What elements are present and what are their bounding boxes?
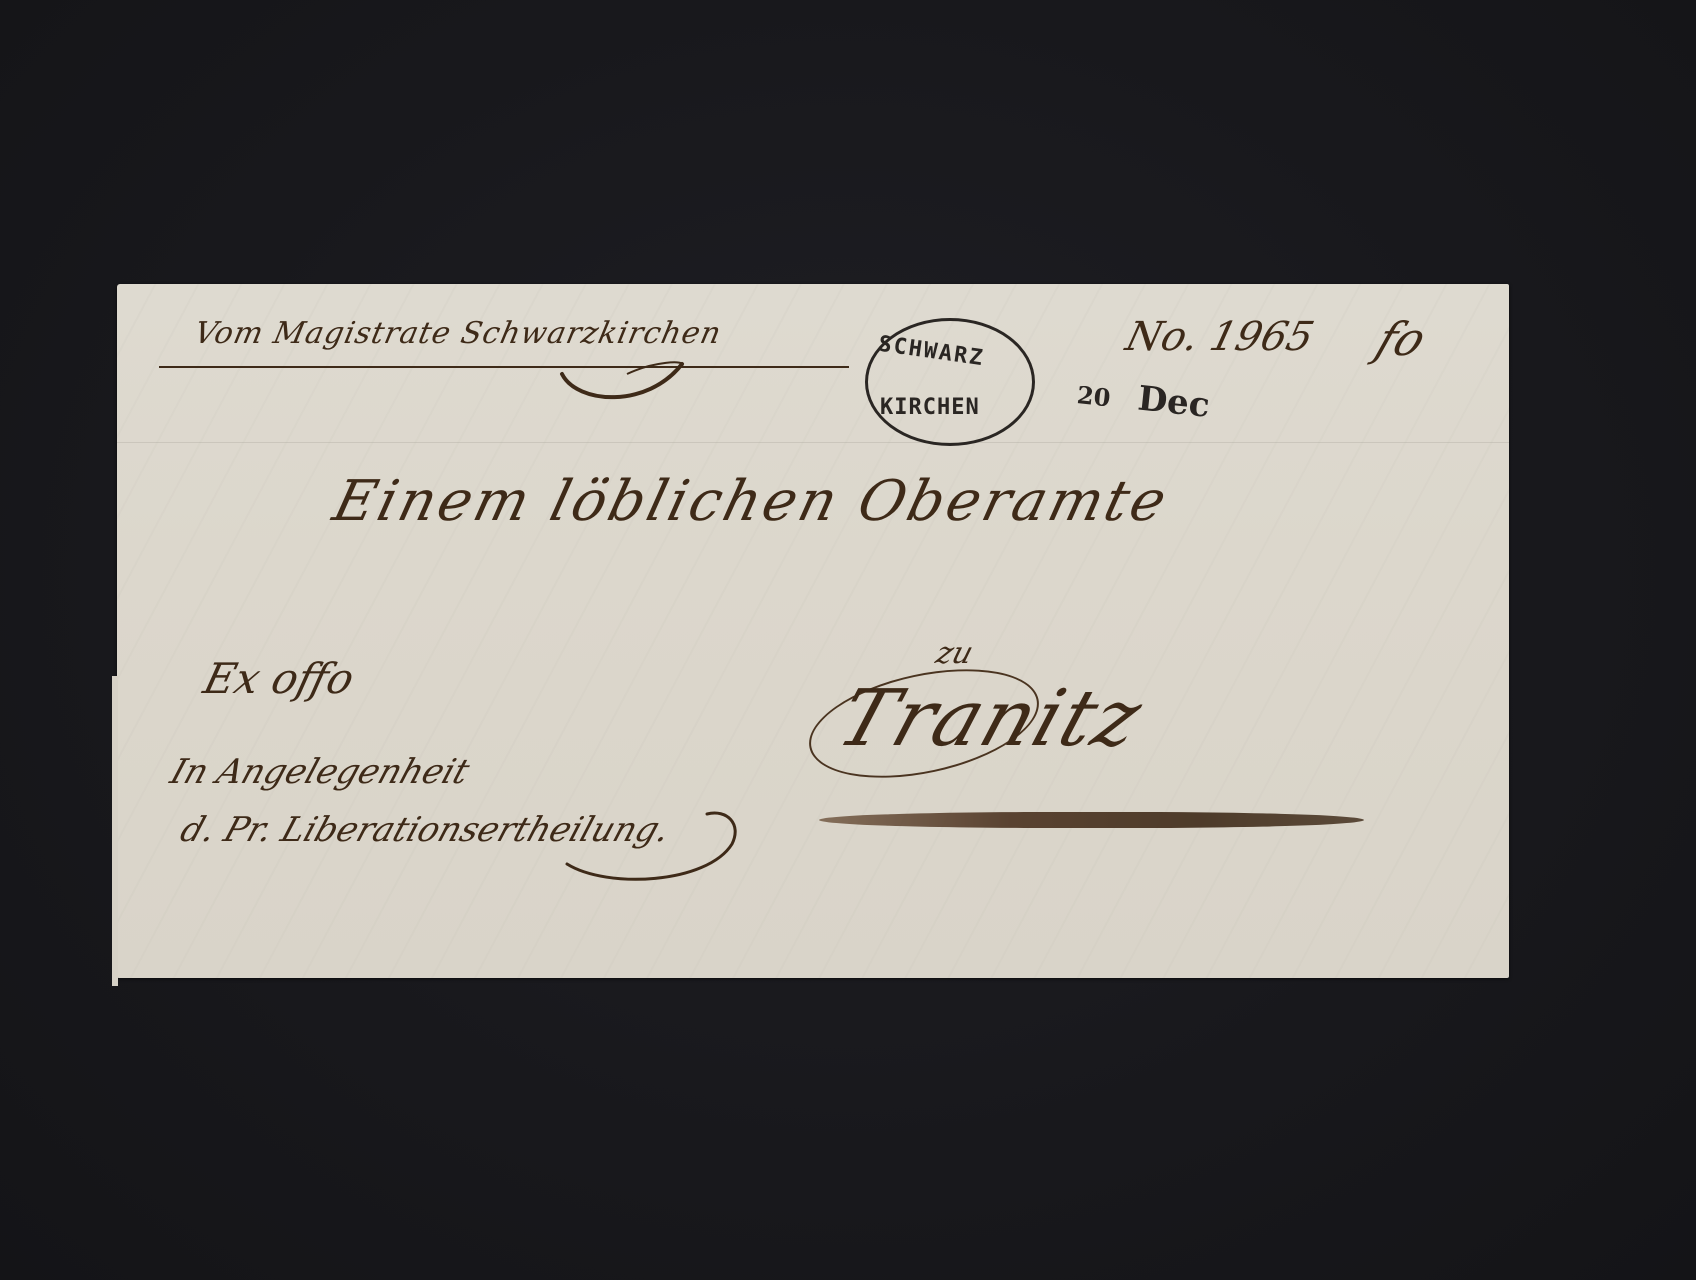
regarding-line-1: In Angelegenheit bbox=[166, 752, 475, 792]
service-note: Ex offo bbox=[199, 654, 359, 703]
left-fold-flap bbox=[112, 676, 118, 986]
postmark-top-text: SCHWARZ bbox=[877, 332, 986, 372]
postmark-stamp: SCHWARZ KIRCHEN bbox=[865, 318, 1035, 446]
date-stamp: 20 Dec bbox=[1075, 372, 1211, 426]
letter-cover: Vom Magistrate Schwarzkirchen SCHWARZ KI… bbox=[117, 284, 1509, 978]
destination-underline bbox=[819, 812, 1364, 828]
reference-mark: fo bbox=[1369, 312, 1433, 366]
date-stamp-month: Dec bbox=[1136, 379, 1212, 426]
sender-flourish-icon bbox=[557, 354, 697, 414]
addressee-line: Einem löblichen Oberamte bbox=[327, 469, 1176, 534]
brace-flourish-icon bbox=[547, 804, 747, 894]
date-stamp-day: 20 bbox=[1076, 380, 1112, 412]
preposition-zu: zu bbox=[932, 636, 977, 671]
sender-underline bbox=[159, 366, 849, 368]
postmark-bottom-text: KIRCHEN bbox=[880, 395, 980, 420]
sender-line: Vom Magistrate Schwarzkirchen bbox=[191, 316, 725, 351]
reference-number: No. 1965 bbox=[1121, 314, 1318, 360]
destination-town: Tranitz bbox=[827, 674, 1154, 764]
fold-line bbox=[117, 442, 1509, 443]
